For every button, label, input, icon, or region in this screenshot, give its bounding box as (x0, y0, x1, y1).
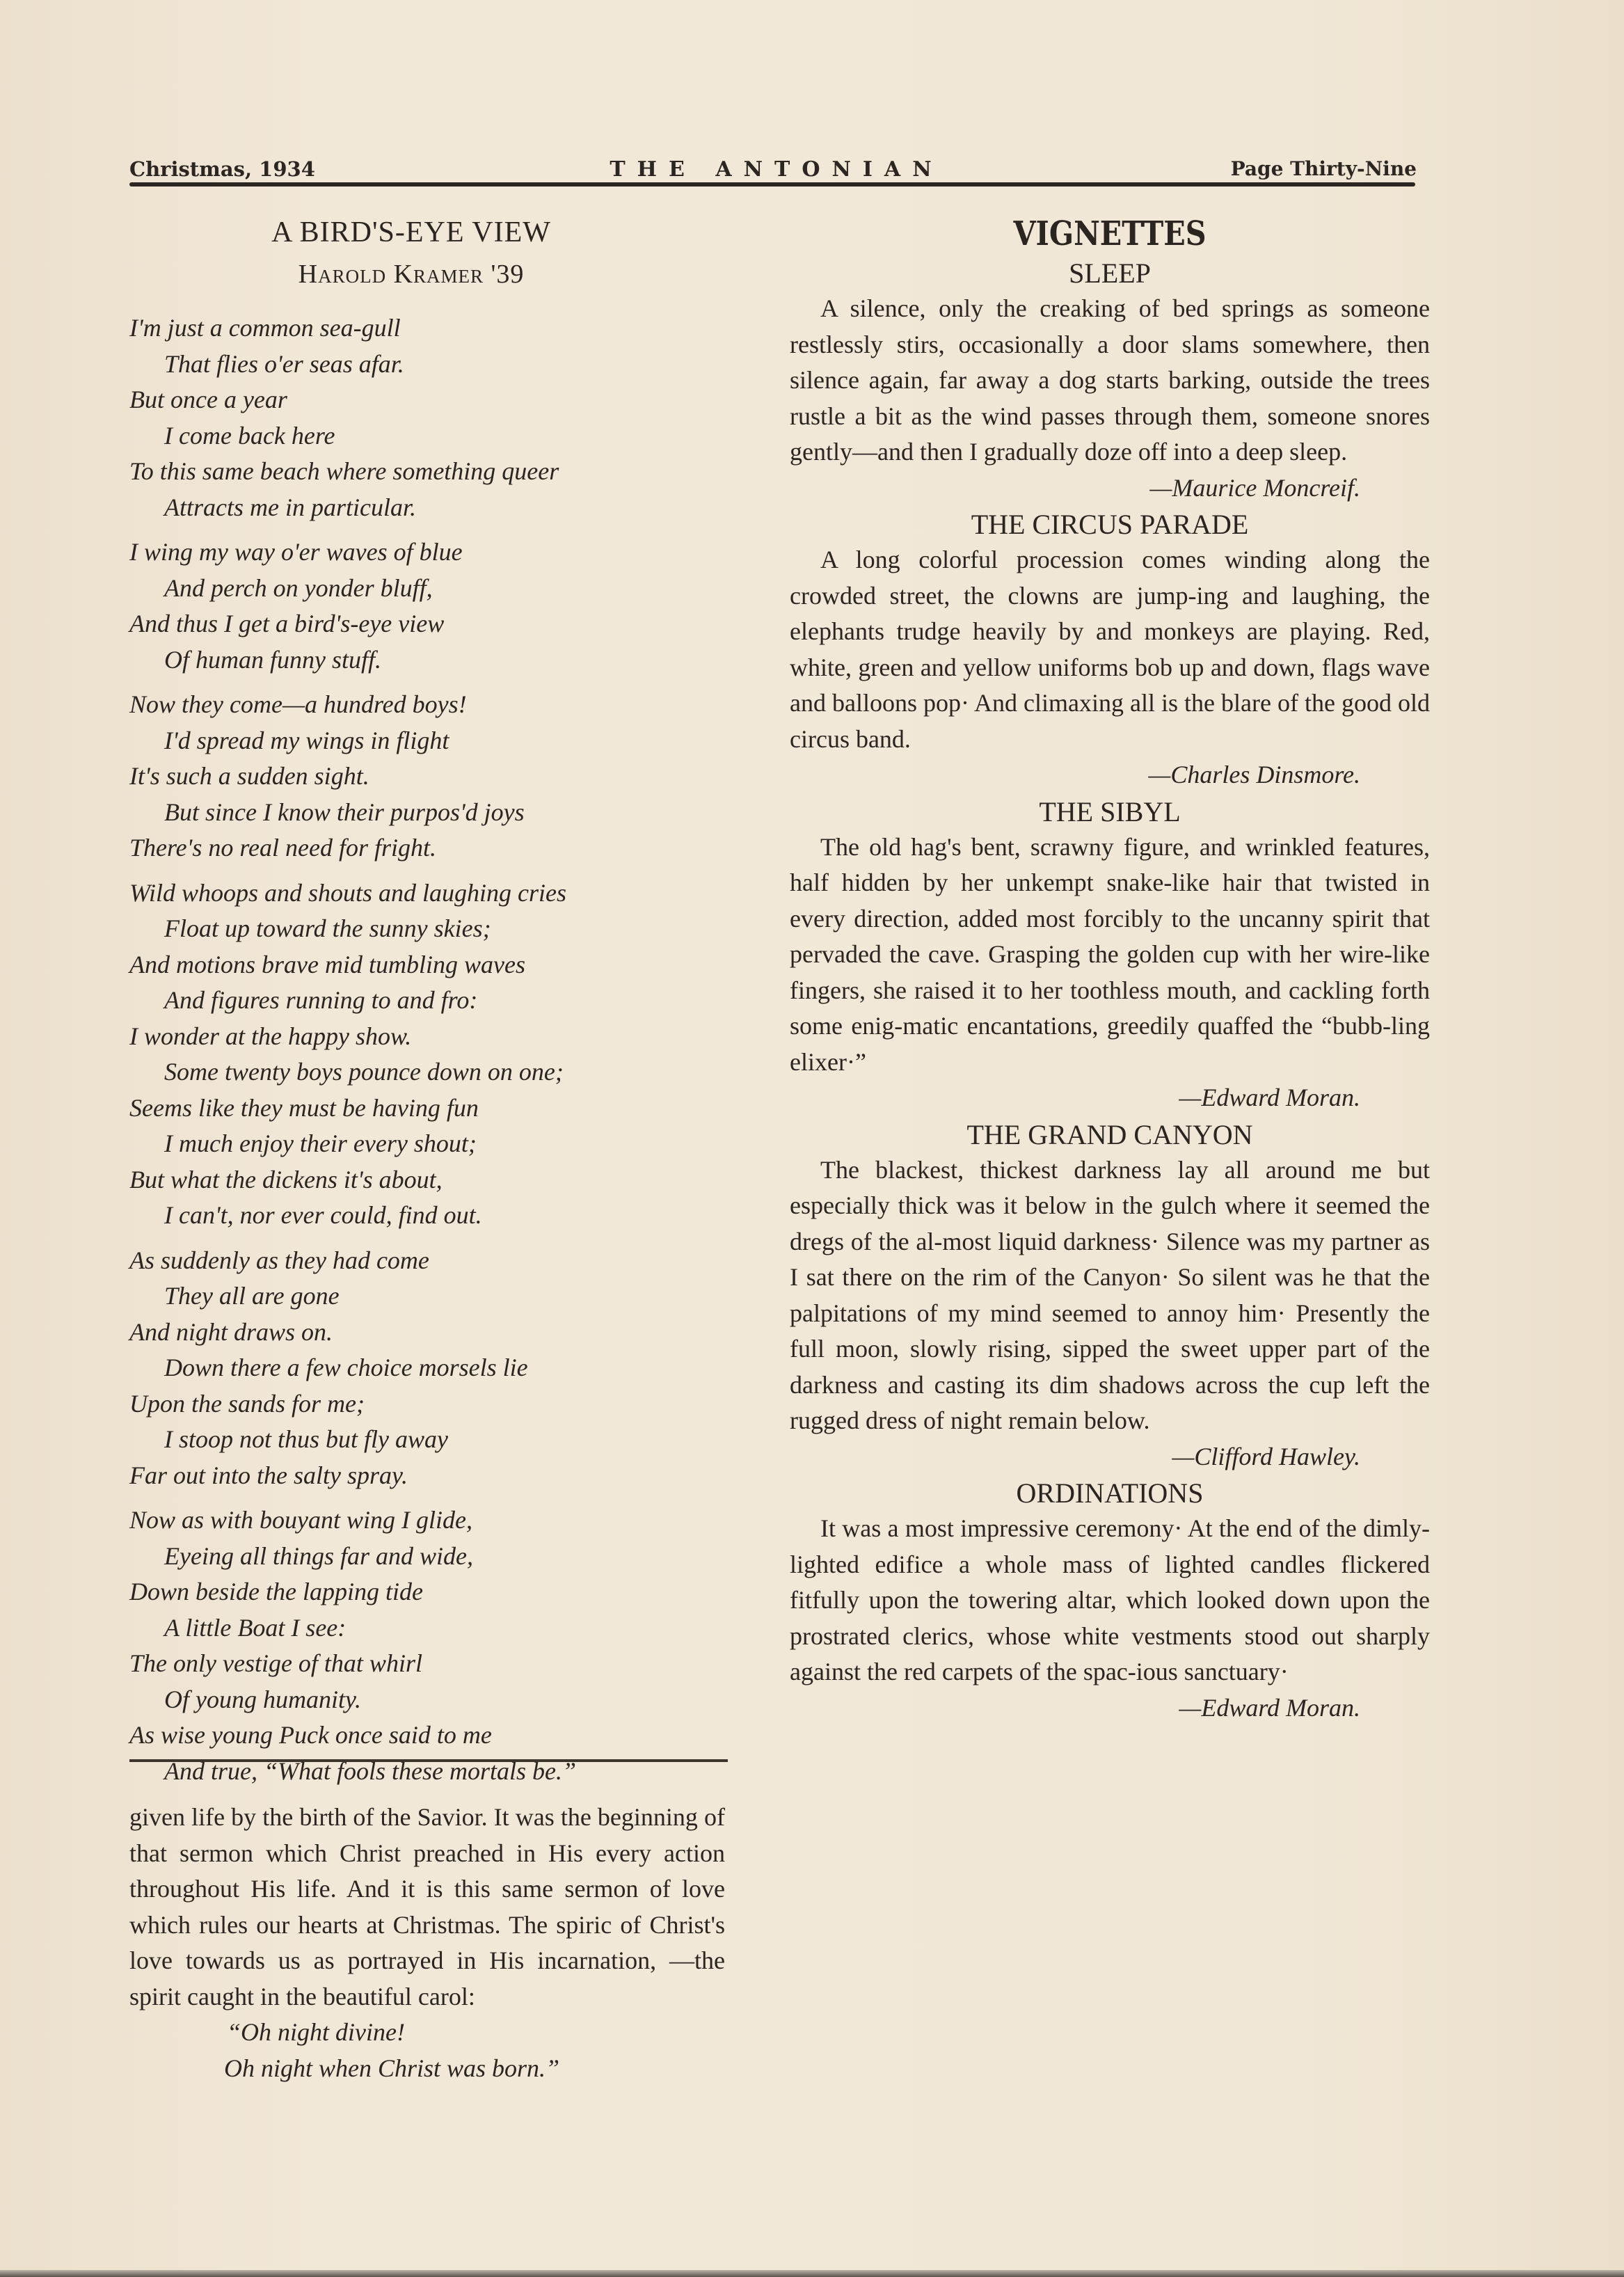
poem-line: To this same beach where something queer (129, 454, 728, 490)
poem-line: I come back here (129, 418, 728, 454)
poem-line: Some twenty boys pounce down on one; (129, 1054, 728, 1090)
publication-title: THE ANTONIAN (582, 157, 971, 182)
poem-line: I'd spread my wings in flight (129, 723, 728, 759)
poem-line: But what the dickens it's about, (129, 1162, 728, 1198)
section-signature: —Edward Moran. (790, 1080, 1430, 1116)
section-signature: —Charles Dinsmore. (790, 757, 1430, 793)
page-number: Page Thirty-Nine (1231, 157, 1417, 180)
poem-line: As wise young Puck once said to me (129, 1717, 728, 1754)
poem-stanza: Now they come—a hundred boys!I'd spread … (129, 687, 728, 866)
poem-line: And night draws on. (129, 1315, 728, 1351)
poem-line: As suddenly as they had come (129, 1243, 728, 1279)
poem-line: It's such a sudden sight. (129, 759, 728, 795)
poem-line: There's no real need for fright. (129, 830, 728, 866)
poem-line: And thus I get a bird's-eye view (129, 606, 728, 642)
section-body: The blackest, thickest darkness lay all … (790, 1152, 1430, 1439)
poem-line: And motions brave mid tumbling waves (129, 947, 728, 983)
poem-line: Far out into the salty spray. (129, 1458, 728, 1494)
poem-line: Wild whoops and shouts and laughing crie… (129, 875, 728, 912)
page-bottom-edge (0, 2270, 1624, 2277)
vignette-section: THE GRAND CANYONThe blackest, thickest d… (790, 1118, 1430, 1475)
poem-stanza: I wing my way o'er waves of blueAnd perc… (129, 534, 728, 678)
poem-line: The only vestige of that whirl (129, 1646, 728, 1682)
section-body: A long colorful procession comes winding… (790, 542, 1430, 757)
section-title: THE CIRCUS PARADE (790, 507, 1430, 542)
poem-line: Now they come—a hundred boys! (129, 687, 728, 723)
poem-line: Now as with bouyant wing I glide, (129, 1502, 728, 1539)
section-signature: —Edward Moran. (790, 1690, 1430, 1727)
poem-line: I'm just a common sea-gull (129, 310, 728, 347)
poem-body: I'm just a common sea-gullThat flies o'e… (129, 310, 728, 1789)
poem-line: Down beside the lapping tide (129, 1574, 728, 1610)
running-header: Christmas, 1934 THE ANTONIAN Page Thirty… (129, 157, 1417, 185)
poem-line: I much enjoy their every shout; (129, 1126, 728, 1162)
magazine-page: Christmas, 1934 THE ANTONIAN Page Thirty… (0, 0, 1624, 2277)
carol-line: Oh night when Christ was born.” (129, 2051, 725, 2087)
poem-line: And perch on yonder bluff, (129, 571, 728, 607)
section-signature: —Maurice Moncreif. (790, 470, 1430, 507)
section-signature: —Clifford Hawley. (790, 1439, 1430, 1475)
poem-line: I wonder at the happy show. (129, 1019, 728, 1055)
column-divider-rule (129, 1759, 728, 1762)
poem-stanza: As suddenly as they had comeThey all are… (129, 1243, 728, 1494)
vignettes-title: VIGNETTES (834, 214, 1385, 255)
section-title: THE SIBYL (790, 795, 1430, 830)
poem-line: Attracts me in particular. (129, 490, 728, 526)
section-body: A silence, only the creaking of bed spri… (790, 291, 1430, 470)
poem-stanza: I'm just a common sea-gullThat flies o'e… (129, 310, 728, 525)
vignette-section: THE CIRCUS PARADEA long colorful process… (790, 507, 1430, 793)
poem-line: But once a year (129, 382, 728, 418)
vignette-section: ORDINATIONSIt was a most impressive cere… (790, 1476, 1430, 1726)
poem-line: Of young humanity. (129, 1682, 728, 1718)
poem-line: Down there a few choice morsels lie (129, 1350, 728, 1386)
section-title: THE GRAND CANYON (790, 1118, 1430, 1152)
vignette-section: SLEEPA silence, only the creaking of bed… (790, 256, 1430, 506)
poem-line: Upon the sands for me; (129, 1386, 728, 1422)
section-title: SLEEP (790, 256, 1430, 291)
poem-line: That flies o'er seas afar. (129, 347, 728, 383)
poem-line: I can't, nor ever could, find out. (129, 1198, 728, 1234)
poem-line: Float up toward the sunny skies; (129, 911, 728, 947)
continued-article: given life by the birth of the Savior. I… (129, 1800, 725, 2086)
poem-line: A little Boat I see: (129, 1610, 728, 1647)
poem-line: Seems like they must be having fun (129, 1090, 728, 1127)
issue-date: Christmas, 1934 (129, 157, 315, 181)
poem-column: A BIRD'S-EYE VIEW Harold Kramer '39 I'm … (129, 209, 728, 1798)
vignettes-column: VIGNETTES SLEEPA silence, only the creak… (790, 209, 1430, 1726)
poem-title: A BIRD'S-EYE VIEW (129, 216, 728, 252)
poem-stanza: Wild whoops and shouts and laughing crie… (129, 875, 728, 1234)
poem-line: Of human funny stuff. (129, 642, 728, 679)
article-paragraph: given life by the birth of the Savior. I… (129, 1800, 725, 2015)
poem-line: I wing my way o'er waves of blue (129, 534, 728, 571)
section-body: The old hag's bent, scrawny figure, and … (790, 830, 1430, 1081)
poem-author: Harold Kramer '39 (129, 259, 728, 295)
section-title: ORDINATIONS (790, 1476, 1430, 1511)
header-rule (129, 182, 1415, 187)
carol-line: “Oh night divine! (129, 2015, 725, 2051)
poem-stanza: Now as with bouyant wing I glide,Eyeing … (129, 1502, 728, 1789)
poem-line: But since I know their purpos'd joys (129, 795, 728, 831)
poem-line: And figures running to and fro: (129, 983, 728, 1019)
poem-line: I stoop not thus but fly away (129, 1422, 728, 1458)
poem-line: They all are gone (129, 1278, 728, 1315)
vignette-section: THE SIBYLThe old hag's bent, scrawny fig… (790, 795, 1430, 1116)
section-body: It was a most impressive ceremony· At th… (790, 1511, 1430, 1690)
poem-line: Eyeing all things far and wide, (129, 1539, 728, 1575)
vignette-sections: SLEEPA silence, only the creaking of bed… (790, 256, 1430, 1726)
